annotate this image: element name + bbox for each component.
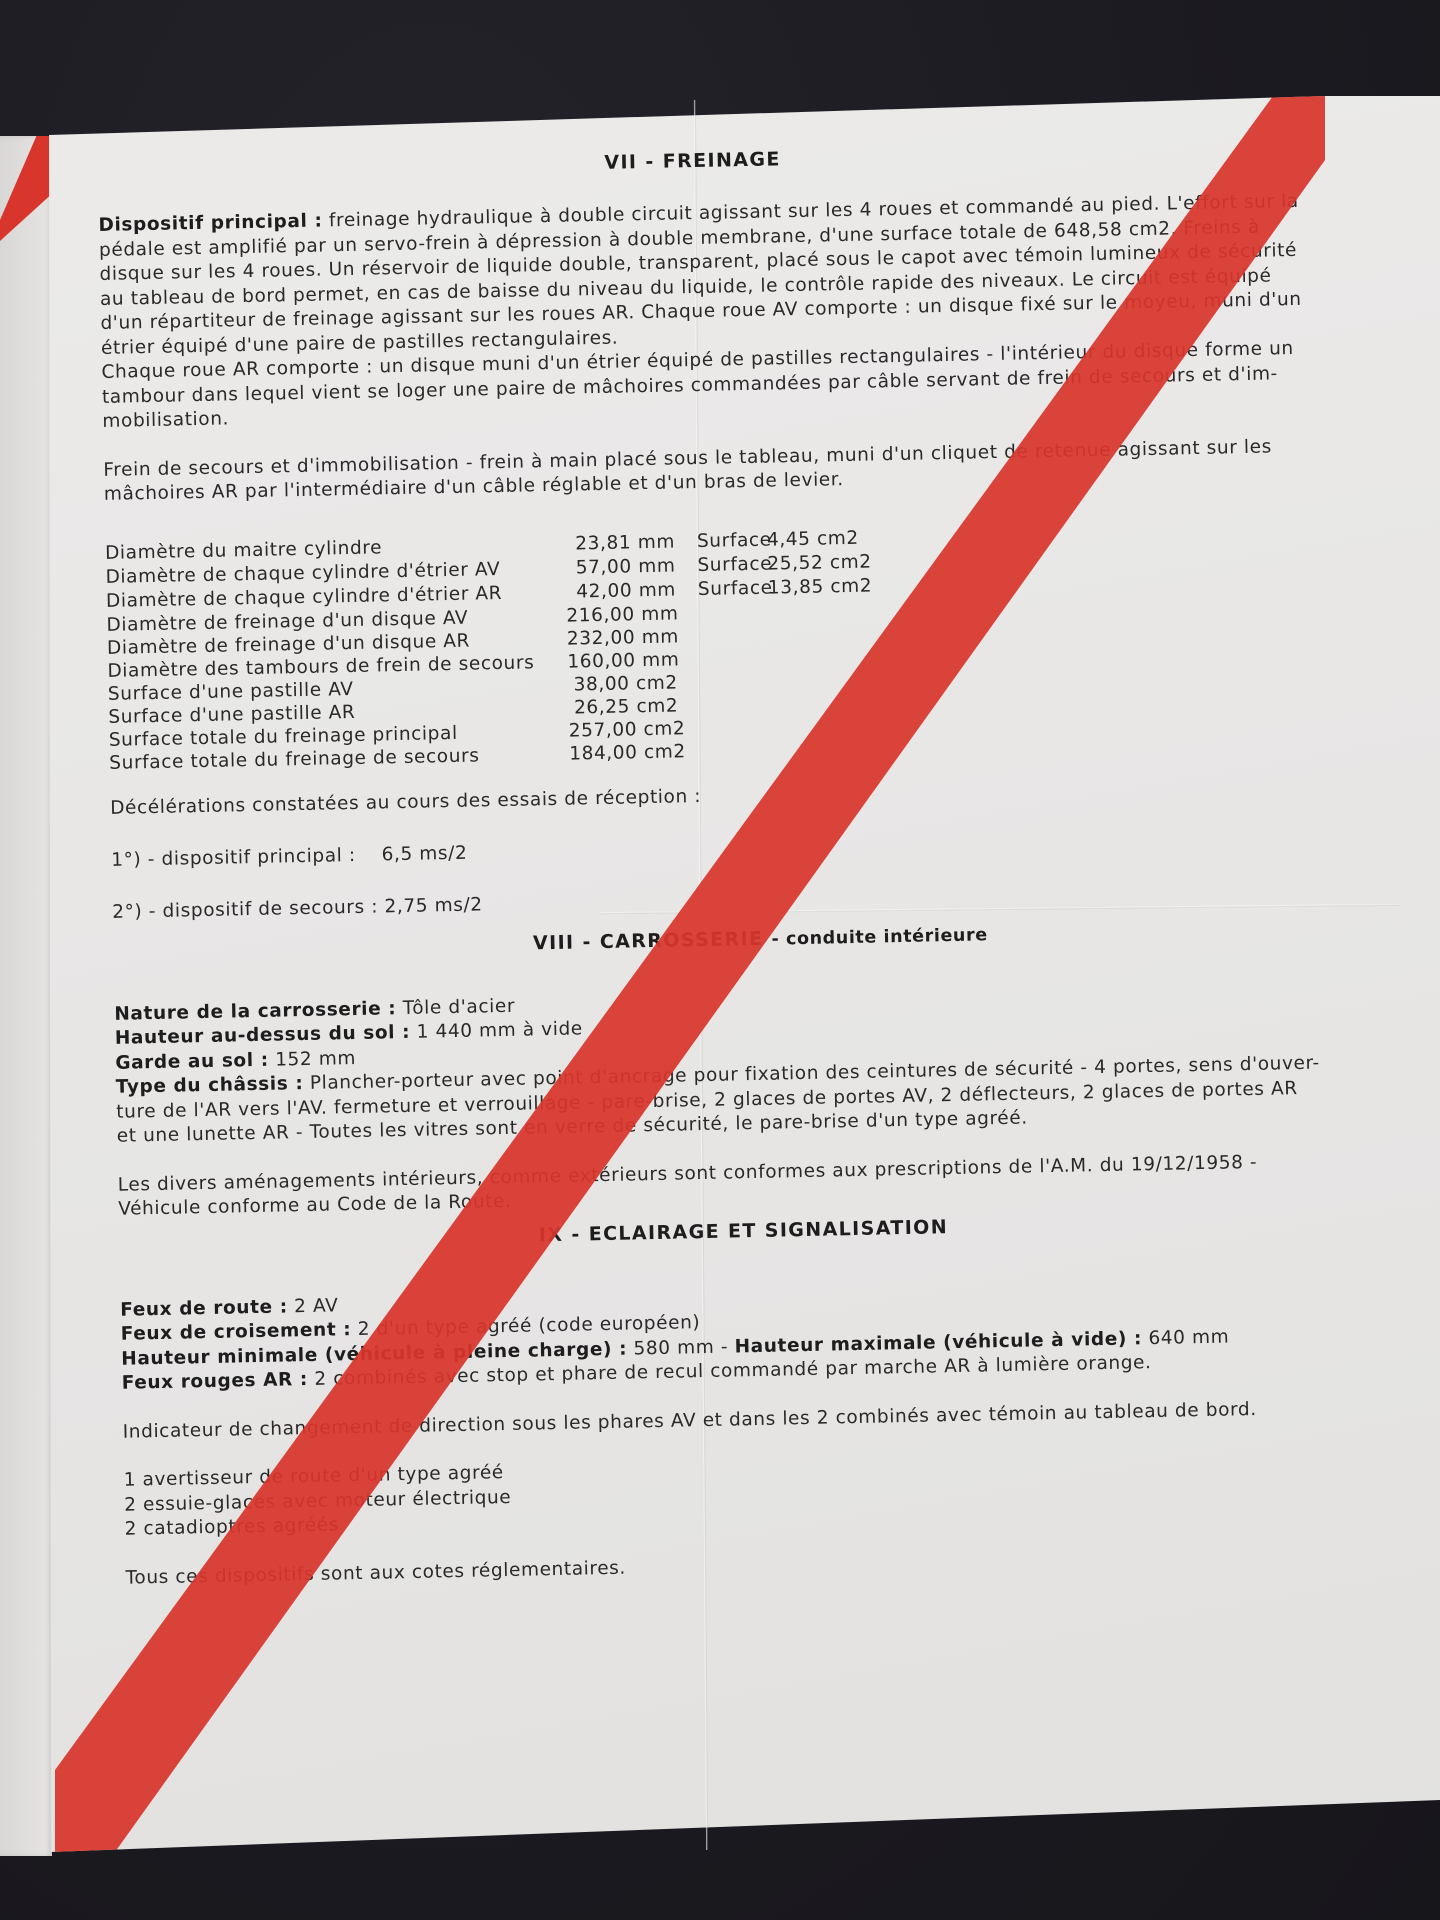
spec-surface-label [698,600,768,624]
spec-surface-label [699,623,769,647]
adjacent-page-edge [0,136,52,1856]
spec-surface-value [770,667,860,692]
spec-value: 57,00 mm [565,554,675,580]
spec-value: 216,00 mm [566,602,676,627]
spec-value: 23,81 mm [565,530,675,556]
item-value: Tôle d'acier [396,995,515,1018]
spec-value: 184,00 cm2 [569,740,679,765]
document-content: VII - FREINAGE Dispositif principal : fr… [97,125,1366,1591]
spec-surface-label [700,669,770,693]
freinage-main-paragraph: Dispositif principal : freinage hydrauli… [98,189,1342,434]
spec-surface-label [699,646,769,670]
item-label: Hauteur au-dessus du sol : [115,1022,411,1049]
spec-surface-value: 4,45 cm2 [767,526,857,552]
spec-surface-label: Surface [698,576,768,601]
spec-surface-value [771,736,861,761]
item-label: Type du châssis : [116,1073,304,1098]
spec-surface-label [700,692,770,716]
spec-value: 26,25 cm2 [568,694,678,719]
adjacent-red-stripe [0,136,52,241]
spec-surface-label: Surface [697,528,767,553]
item-value: 2 d'un type agréé (code européen) [351,1312,700,1340]
spec-surface-value [770,713,860,738]
item-label: Nature de la carrosserie : [114,998,396,1025]
item-value: 152 mm [269,1047,357,1070]
spec-surface-value [769,621,859,646]
spec-surface-value [769,644,859,669]
spec-surface-value [770,690,860,715]
spec-surface-label: Surface [697,552,767,577]
carrosserie-title: VIII - CARROSSERIE [533,927,764,954]
item-label: Feux rouges AR : [122,1369,309,1394]
item-label: Feux de route : [120,1296,288,1320]
spec-value: 257,00 cm2 [569,717,679,742]
spec-surface-value [768,598,858,623]
brake-spec-table: Diamètre du maitre cylindre23,81 mmSurfa… [105,517,1349,775]
main-device-label: Dispositif principal : [98,210,322,235]
spec-surface-label [701,738,771,762]
spec-surface-label [700,715,770,739]
spec-surface-value: 25,52 cm2 [767,550,857,576]
spec-value: 232,00 mm [567,625,677,650]
item-label: Garde au sol : [115,1049,269,1073]
spec-value: 38,00 cm2 [568,671,678,696]
item-value: 580 mm - [627,1336,735,1359]
spec-value: 42,00 mm [566,578,676,604]
item-value: 2 AV [287,1295,338,1317]
item-value: 640 mm [1142,1326,1230,1349]
item-value: 1 440 mm à vide [410,1018,583,1042]
item-label: Feux de croisement : [121,1319,352,1345]
spec-value: 160,00 mm [567,648,677,673]
spec-surface-value: 13,85 cm2 [768,574,858,600]
